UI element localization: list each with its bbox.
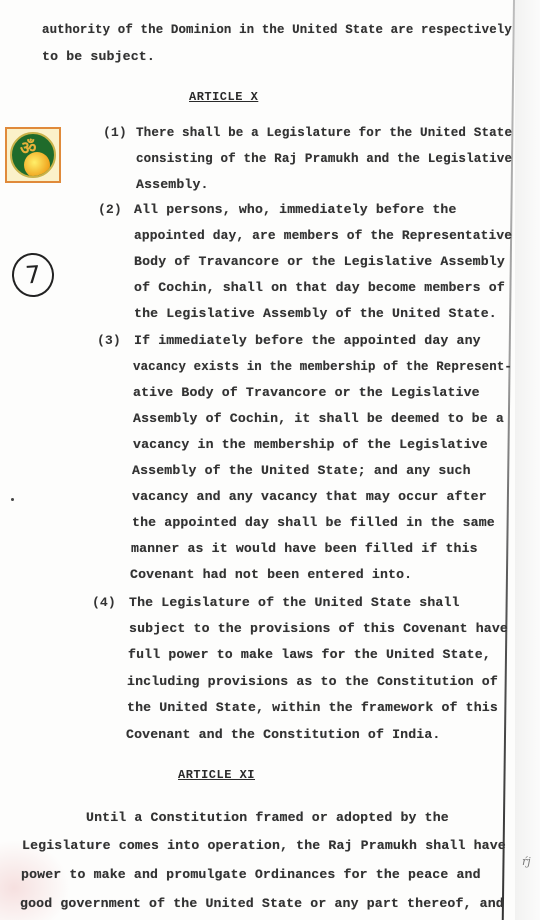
clause-3-line: the appointed day shall be filled in the… [132,515,495,530]
clause-2-line: Body of Travancore or the Legislative As… [134,254,505,269]
intro-line: to be subject. [42,49,155,64]
clause-number: (2) [98,202,122,217]
ink-speck [11,498,14,501]
clause-3-line: Covenant had not been entered into. [130,567,412,582]
article-xi-line: Legislature comes into operation, the Ra… [22,838,506,853]
intro-line: authority of the Dominion in the United … [42,22,512,37]
clause-3-line: vacancy in the membership of the Legisla… [133,437,488,452]
om-symbol-icon: ॐ [20,136,36,160]
article-xi-line: good government of the United State or a… [20,896,504,911]
clause-3-line: Assembly of Cochin, it shall be deemed t… [133,411,504,426]
clause-4-line: The Legislature of the United State shal… [129,595,460,610]
clause-4-line: full power to make laws for the United S… [128,647,491,662]
clause-number: (3) [97,333,121,348]
clause-number: (1) [103,125,127,140]
clause-number: (4) [92,595,116,610]
clause-4-line: subject to the provisions of this Covena… [129,621,508,636]
article-xi-heading: ARTICLE XI [178,768,255,782]
document-page: authority of the Dominion in the United … [0,0,540,920]
margin-mark: ŕj [522,855,531,868]
om-emblem-icon: ॐ [5,127,61,183]
article-xi-line: power to make and promulgate Ordinances … [21,867,481,882]
clause-2-line: All persons, who, immediately before the [134,202,457,217]
emblem-circle: ॐ [10,132,56,178]
clause-3-line: manner as it would have been filled if t… [131,541,478,556]
clause-3-line: ative Body of Travancore or the Legislat… [133,385,480,400]
article-x-heading: ARTICLE X [189,90,258,104]
clause-1-line: There shall be a Legislature for the Uni… [136,125,512,140]
clause-4-line: including provisions as to the Constitut… [127,674,498,689]
article-xi-line: Until a Constitution framed or adopted b… [86,810,449,825]
clause-3-line: Assembly of the United State; and any su… [132,463,471,478]
clause-2-line: appointed day, are members of the Repres… [134,228,512,243]
clause-4-line: the United State, within the framework o… [127,700,498,715]
clause-2-line: of Cochin, shall on that day become memb… [134,280,505,295]
clause-3-line: If immediately before the appointed day … [134,333,481,348]
circled-page-number: 7 [11,252,56,299]
clause-1-line: Assembly. [136,177,209,192]
clause-4-line: Covenant and the Constitution of India. [126,727,441,742]
page-edge-shade [515,0,540,920]
clause-2-line: the Legislative Assembly of the United S… [134,306,497,321]
clause-1-line: consisting of the Raj Pramukh and the Le… [136,151,512,166]
clause-3-line: vacancy exists in the membership of the … [133,359,512,374]
clause-3-line: vacancy and any vacancy that may occur a… [132,489,487,504]
